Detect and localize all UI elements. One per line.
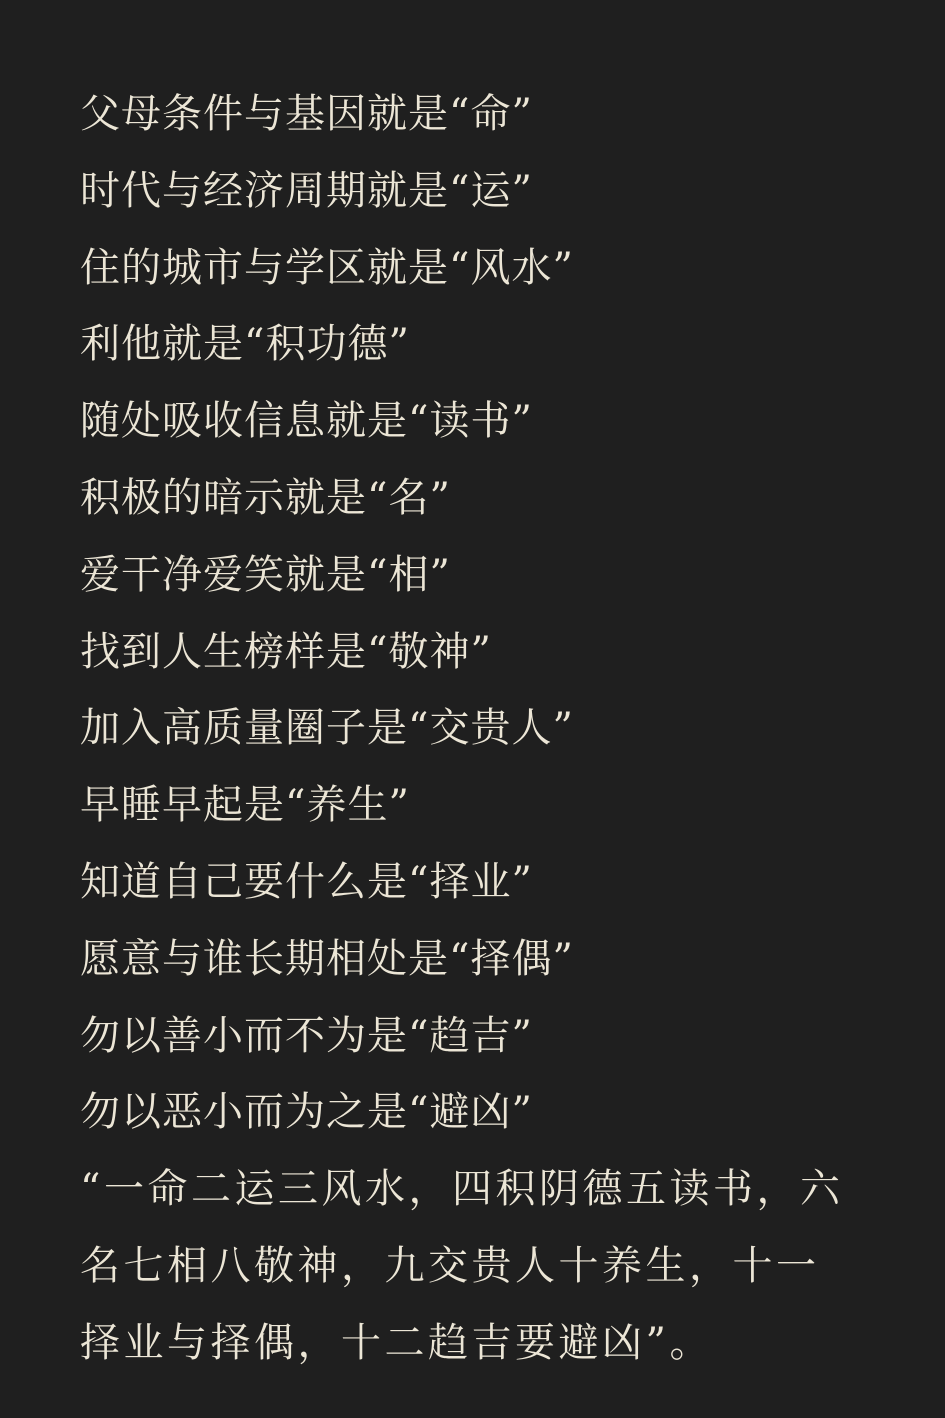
line-respect-gods: 找到人生榜样是“敬神”	[80, 614, 860, 691]
line-reading: 随处吸收信息就是“读书”	[80, 383, 860, 460]
line-luck: 时代与经济周期就是“运”	[80, 153, 860, 230]
line-fengshui: 住的城市与学区就是“风水”	[80, 230, 860, 307]
line-merit: 利他就是“积功德”	[80, 306, 860, 383]
line-avoid-misfortune: 勿以恶小而为之是“避凶”	[80, 1074, 860, 1151]
text-content: 父母条件与基因就是“命” 时代与经济周期就是“运” 住的城市与学区就是“风水” …	[80, 76, 860, 1382]
line-noble-people: 加入高质量圈子是“交贵人”	[80, 690, 860, 767]
summary-quote: “一命二运三风水，四积阴德五读书，六名七相八敬神，九交贵人十养生，十一择业与择偶…	[80, 1151, 860, 1381]
line-seek-fortune: 勿以善小而不为是“趋吉”	[80, 998, 860, 1075]
line-health: 早睡早起是“养生”	[80, 767, 860, 844]
line-appearance: 爱干净爱笑就是“相”	[80, 537, 860, 614]
line-fate: 父母条件与基因就是“命”	[80, 76, 860, 153]
line-partner: 愿意与谁长期相处是“择偶”	[80, 921, 860, 998]
line-name: 积极的暗示就是“名”	[80, 460, 860, 537]
line-career: 知道自己要什么是“择业”	[80, 844, 860, 921]
